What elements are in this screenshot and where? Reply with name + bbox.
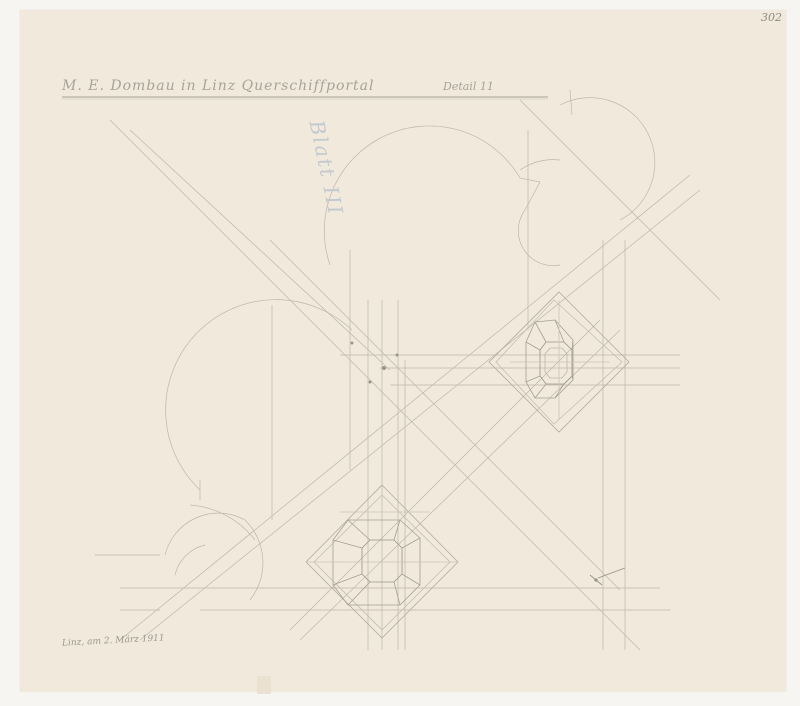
large-left-arc [166,300,352,490]
upper-right-arc [560,98,655,220]
intersection-marks [351,342,625,585]
lower-left-arc [165,513,263,600]
upper-center-arc [324,126,540,265]
construction-drawing [0,0,800,706]
sheet-number: 302 [761,11,782,24]
upper-right-octagon-pillar [489,292,629,432]
tape-mark [257,676,271,694]
drawing-detail-label: Detail 11 [443,80,494,93]
